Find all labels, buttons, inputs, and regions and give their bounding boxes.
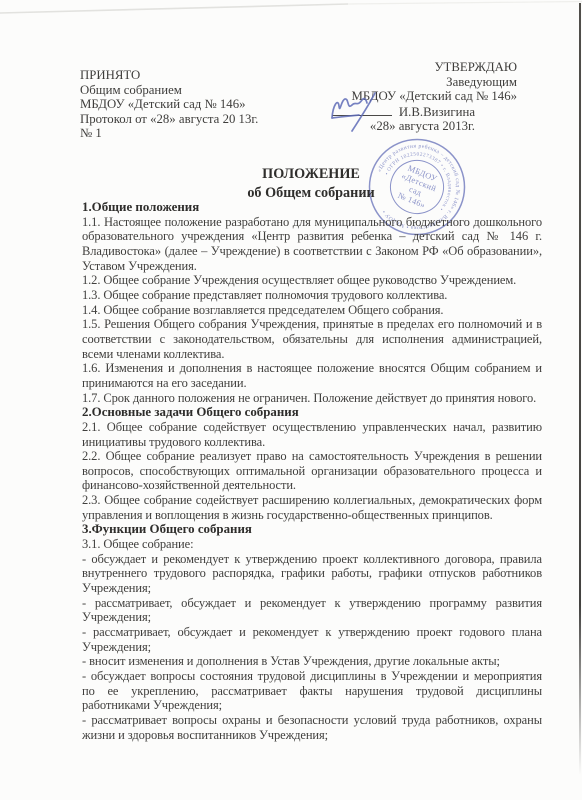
clause-1-2: 1.2. Общее собрание Учреждения осуществл…: [82, 273, 542, 288]
clause-2-1: 2.1. Общее собрание содействует осуществ…: [82, 420, 542, 449]
clause-3-1: 3.1. Общее собрание:: [82, 537, 542, 552]
bullet-charter-amendments: - вносит изменения и дополнения в Устав …: [82, 654, 542, 669]
clause-1-3: 1.3. Общее собрание представляет полномо…: [82, 288, 542, 303]
clause-1-6: 1.6. Изменения и дополнения в настоящее …: [82, 361, 542, 390]
approval-header: ПРИНЯТО Общим собранием МБДОУ «Детский с…: [80, 60, 517, 141]
accepted-org: МБДОУ «Детский сад № 146»: [80, 97, 258, 112]
document-title: ПОЛОЖЕНИЕ об Общем собрании: [80, 165, 542, 202]
bullet-labor-safety: - рассматривает вопросы охраны и безопас…: [82, 713, 542, 742]
accepted-number: № 1: [80, 126, 258, 141]
document-body: 1.Общие положения 1.1. Настоящее положен…: [82, 200, 542, 742]
scanned-document-page: ПРИНЯТО Общим собранием МБДОУ «Детский с…: [0, 0, 582, 800]
section-heading-3: 3.Функции Общего собрания: [82, 522, 542, 537]
bullet-development-program: - рассматривает, обсуждает и рекомендует…: [82, 596, 542, 625]
accepted-label: ПРИНЯТО: [80, 68, 258, 83]
clause-2-2: 2.2. Общее собрание реализует право на с…: [82, 449, 542, 493]
scan-edge-shadow: [579, 3, 582, 775]
accepted-block: ПРИНЯТО Общим собранием МБДОУ «Детский с…: [80, 68, 258, 141]
title-line-1: ПОЛОЖЕНИЕ: [80, 165, 542, 184]
approved-block: УТВЕРЖДАЮ Заведующим МБДОУ «Детский сад …: [332, 60, 517, 141]
section-heading-2: 2.Основные задачи Общего собрания: [82, 405, 542, 420]
approved-label: УТВЕРЖДАЮ: [332, 60, 517, 75]
bullet-annual-plan: - рассматривает, обсуждает и рекомендует…: [82, 625, 542, 654]
accepted-by: Общим собранием: [80, 83, 258, 98]
accepted-protocol: Протокол от «28» августа 20 13г.: [80, 112, 258, 127]
page-edge-line: [0, 0, 582, 20]
clause-1-5: 1.5. Решения Общего собрания Учреждения,…: [82, 317, 542, 361]
signer-name: И.В.Визигина: [399, 105, 475, 119]
clause-1-1: 1.1. Настоящее положение разработано для…: [82, 215, 542, 274]
clause-2-3: 2.3. Общее собрание содействует расширен…: [82, 493, 542, 522]
handwritten-signature: [325, 88, 409, 136]
clause-1-7: 1.7. Срок данного положения не ограничен…: [82, 391, 542, 406]
signature-row: И.В.Визигина: [332, 104, 517, 120]
section-heading-1: 1.Общие положения: [82, 200, 542, 215]
bullet-collective-agreement: - обсуждает и рекомендует к утверждению …: [82, 552, 542, 596]
bullet-labor-discipline: - обсуждает вопросы состояния трудовой д…: [82, 669, 542, 713]
clause-1-4: 1.4. Общее собрание возглавляется предсе…: [82, 303, 542, 318]
